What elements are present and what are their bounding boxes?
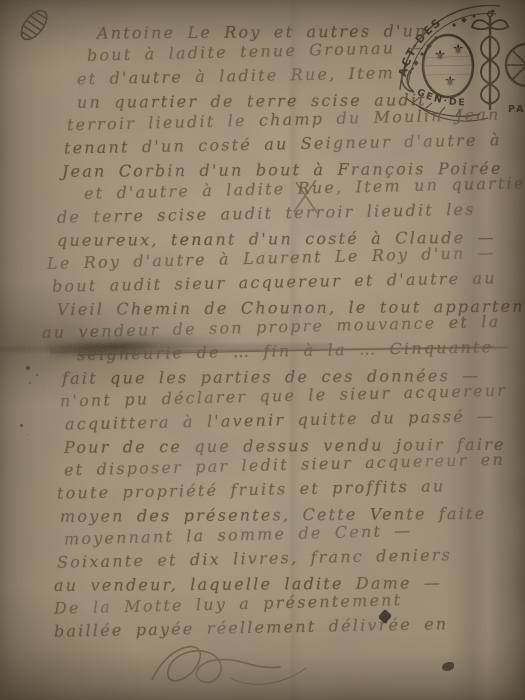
- signature-paraph-icon: [138, 636, 318, 698]
- ink-specks: [20, 424, 23, 427]
- manuscript-text: Antoine Le Roy et autres d'un bout à lad…: [42, 22, 517, 643]
- x-cross-mark-icon: [292, 178, 326, 218]
- ink-specks: [26, 366, 30, 370]
- parchment-document: ACT·DES GEN·DE PA ⚜ ⚜ ⚜ Antoine Le Roy e…: [0, 0, 525, 700]
- ink-blot: [442, 662, 454, 671]
